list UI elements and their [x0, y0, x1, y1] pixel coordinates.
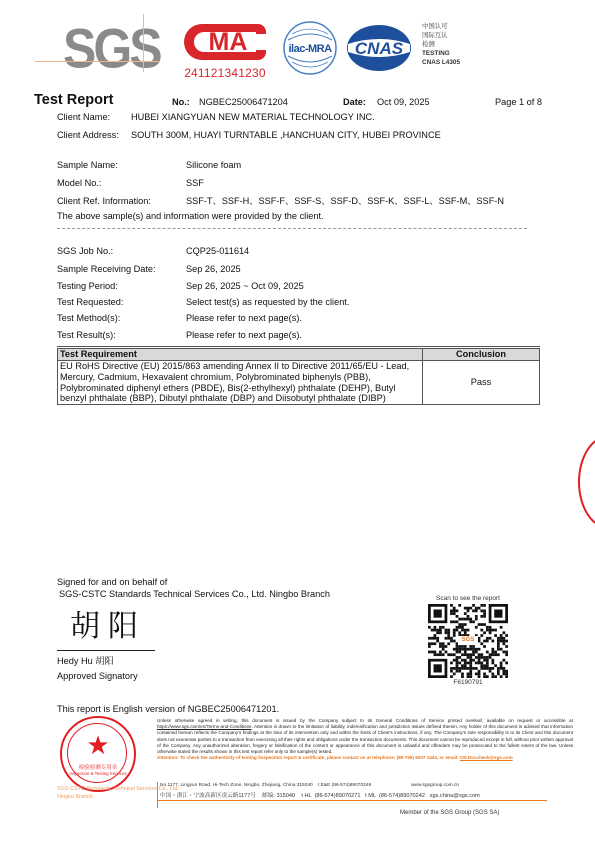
cnas-accreditation-text: 中国认可 国际互认 检测 TESTING CNAS L4305 — [422, 22, 460, 67]
sgs-logo: SGS — [55, 14, 155, 69]
cnas-line-cn3: 检测 — [422, 40, 460, 49]
qr-center-label: SGS — [458, 636, 478, 645]
solid-divider — [57, 346, 540, 347]
sample-name-value: Silicone foam — [186, 160, 241, 171]
qr-caption: Scan to see the report — [428, 595, 508, 602]
job-no-value: CQP25-011614 — [186, 246, 249, 257]
test-method-label: Test Method(s): — [57, 313, 120, 324]
model-no-value: SSF — [186, 178, 204, 189]
cnas-logo: CNAS — [346, 24, 412, 72]
receiving-date-value: Sep 26, 2025 — [186, 264, 241, 275]
logo-underline — [35, 61, 160, 62]
qr-id: F6190791 — [428, 679, 508, 686]
report-date-value: Oct 09, 2025 — [377, 97, 430, 107]
testing-period-value: Sep 26, 2025 ~ Oct 09, 2025 — [186, 281, 304, 292]
terms-link[interactable]: https://www.sgs.com/en/Terms-and-Conditi… — [157, 724, 251, 729]
signatory-name: Hedy Hu 胡阳 — [57, 656, 114, 667]
receiving-date-label: Sample Receiving Date: — [57, 264, 156, 275]
cnas-line-number: CNAS L4305 — [422, 58, 460, 67]
table-header-row: Test Requirement Conclusion — [58, 349, 540, 361]
handwritten-signature: 胡阳 — [70, 610, 146, 644]
cnas-line-cn2: 国际互认 — [422, 31, 460, 40]
footer-vertical-rule — [157, 782, 158, 808]
report-no-label: No.: — [172, 97, 190, 107]
logo-divider — [143, 14, 144, 72]
test-requested-value: Select test(s) as requested by the clien… — [186, 297, 349, 308]
client-address-label: Client Address: — [57, 130, 119, 141]
footer-address-en: No.1177, Lingyun Road, Hi-Tech Zone, Nin… — [160, 783, 459, 788]
job-no-label: SGS Job No.: — [57, 246, 113, 257]
ilac-mra-logo: ilac-MRA — [282, 20, 338, 76]
disclaimer-text-1: Unless otherwise agreed in writing, this… — [157, 718, 573, 723]
seal-stamp-edge — [578, 435, 595, 529]
footer-horizontal-rule — [157, 800, 547, 801]
signed-for-line: Signed for and on behalf of — [57, 577, 167, 588]
qr-code[interactable]: SGS — [428, 604, 508, 678]
seal-center-text: 检验检测专用章 — [62, 763, 134, 771]
page-indicator: Page 1 of 8 — [495, 97, 542, 107]
authenticity-attention: Attention: To check the authenticity of … — [157, 755, 460, 760]
report-date-label: Date: — [343, 97, 366, 107]
test-requested-label: Test Requested: — [57, 297, 123, 308]
sample-name-label: Sample Name: — [57, 160, 118, 171]
client-name-value: HUBEI XIANGYUAN NEW MATERIAL TECHNOLOGY … — [131, 112, 375, 123]
cnas-mark-icon: CNAS — [346, 24, 412, 72]
cma-mark-icon: MA — [182, 20, 268, 64]
cma-number: 241121341230 — [182, 66, 268, 80]
test-requirement-table: Test Requirement Conclusion EU RoHS Dire… — [57, 348, 540, 405]
ilac-globe-icon: ilac-MRA — [282, 20, 338, 76]
svg-text:MA: MA — [209, 28, 248, 56]
model-no-label: Model No.: — [57, 178, 101, 189]
testing-period-label: Testing Period: — [57, 281, 118, 292]
english-version-note: This report is English version of NGBEC2… — [57, 704, 279, 714]
footer-address-cn: 中国・浙江・宁波高新区凌云路1177号 邮编: 315040 t HL (86-… — [160, 791, 480, 799]
client-ref-value: SSF-T、SSF-H、SSF-F、SSF-S、SSF-D、SSF-K、SSF-… — [186, 196, 504, 207]
col-header-requirement: Test Requirement — [58, 349, 423, 361]
test-result-value: Please refer to next page(s). — [186, 330, 302, 341]
requirement-cell: EU RoHS Directive (EU) 2015/863 amending… — [58, 361, 423, 405]
legal-disclaimer: Unless otherwise agreed in writing, this… — [157, 718, 573, 761]
sgs-group-member: Member of the SGS Group (SGS SA) — [400, 810, 499, 816]
cnas-line-cn1: 中国认可 — [422, 22, 460, 31]
client-name-label: Client Name: — [57, 112, 110, 123]
report-no-value: NGBEC25006471204 — [199, 97, 288, 107]
sgs-logo-text: SGS — [63, 16, 160, 81]
signature-line — [57, 650, 155, 651]
table-row: EU RoHS Directive (EU) 2015/863 amending… — [58, 361, 540, 405]
cma-logo: MA 241121341230 — [182, 20, 268, 82]
inspection-seal-stamp: ★ 检验检测专用章 Inspection & Testing Services — [60, 716, 136, 792]
svg-text:ilac-MRA: ilac-MRA — [288, 43, 332, 55]
dashed-divider — [57, 228, 527, 229]
cnas-line-testing: TESTING — [422, 49, 460, 58]
col-header-conclusion: Conclusion — [423, 349, 540, 361]
seal-sub-text: Inspection & Testing Services — [62, 771, 134, 776]
star-icon: ★ — [62, 732, 134, 758]
signed-company-line: SGS-CSTC Standards Technical Services Co… — [59, 589, 330, 600]
client-address-value: SOUTH 300M, HUAYI TURNTABLE ,HANCHUAN CI… — [131, 130, 441, 141]
svg-text:CNAS: CNAS — [355, 39, 404, 58]
test-method-value: Please refer to next page(s). — [186, 313, 302, 324]
sample-provided-note: The above sample(s) and information were… — [57, 211, 324, 222]
doccheck-email-link[interactable]: CN.Doccheck@sgs.com — [460, 755, 513, 760]
signatory-role: Approved Signatory — [57, 671, 138, 682]
client-ref-label: Client Ref. Information: — [57, 196, 151, 207]
test-result-label: Test Result(s): — [57, 330, 116, 341]
report-title: Test Report — [34, 92, 114, 108]
conclusion-cell: Pass — [423, 361, 540, 405]
